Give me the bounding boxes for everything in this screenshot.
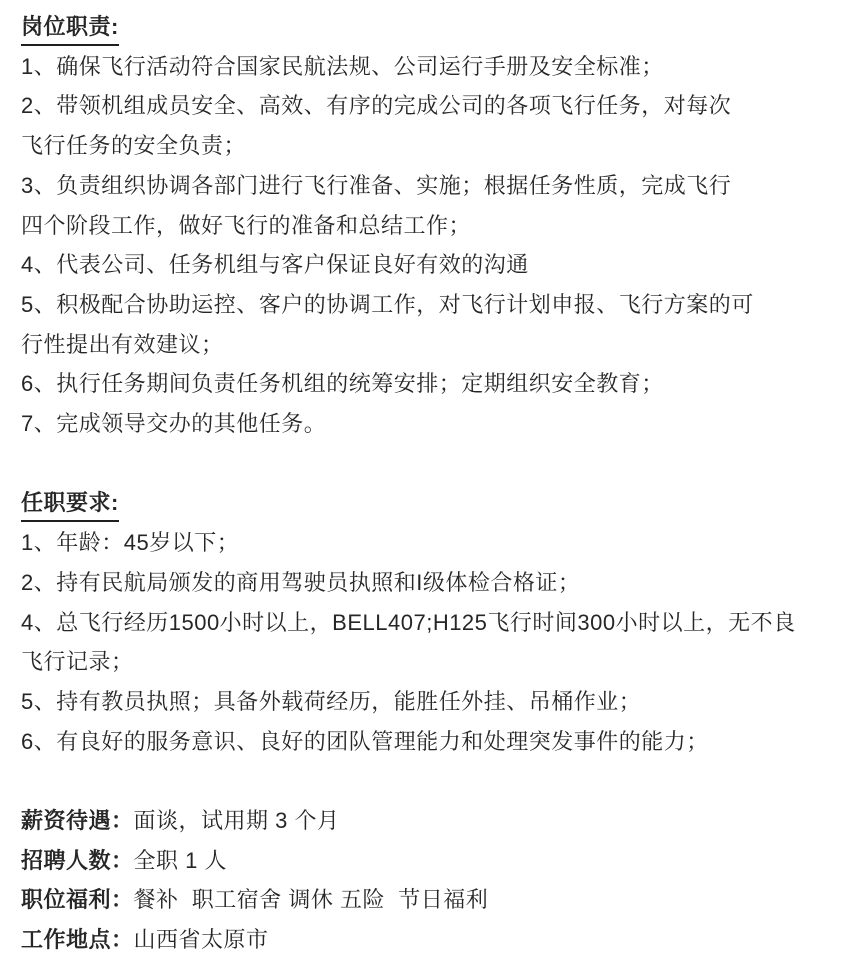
text-line: 4、代表公司、任务机组与客户保证良好有效的沟通: [21, 245, 823, 285]
section-heading: 任职要求:: [21, 483, 823, 523]
text-line: 5、积极配合协助运控、客户的协调工作，对飞行计划申报、飞行方案的可: [21, 285, 823, 325]
job-posting-document: 岗位职责: 1、确保飞行活动符合国家民航法规、公司运行手册及安全标准；2、带领机…: [0, 0, 863, 960]
text-line: 四个阶段工作，做好飞行的准备和总结工作；: [21, 206, 823, 246]
info-line: 职位福利：餐补 职工宿舍 调休 五险 节日福利: [21, 880, 823, 920]
section-heading: 岗位职责:: [21, 7, 823, 47]
text-line: 行性提出有效建议；: [21, 325, 823, 365]
text-line: 2、持有民航局颁发的商用驾驶员执照和I级体检合格证；: [21, 563, 823, 603]
info-label: 招聘人数：: [21, 848, 134, 873]
info-value: 面谈，试用期 3 个月: [134, 808, 340, 833]
section-job-responsibilities: 岗位职责: 1、确保飞行活动符合国家民航法规、公司运行手册及安全标准；2、带领机…: [21, 7, 823, 444]
text-line: 1、年龄：45岁以下；: [21, 523, 823, 563]
text-line: 4、总飞行经历1500小时以上，BELL407;H125飞行时间300小时以上，…: [21, 603, 823, 643]
info-value: 餐补 职工宿舍 调休 五险 节日福利: [134, 887, 489, 912]
section-heading-text: 岗位职责:: [21, 10, 119, 46]
text-line: 5、持有教员执照；具备外载荷经历，能胜任外挂、吊桶作业；: [21, 682, 823, 722]
info-value: 全职 1 人: [134, 848, 227, 873]
info-line: 工作地点：山西省太原市: [21, 920, 823, 960]
section-job-requirements: 任职要求: 1、年龄：45岁以下；2、持有民航局颁发的商用驾驶员执照和I级体检合…: [21, 483, 823, 761]
text-line: 3、负责组织协调各部门进行飞行准备、实施；根据任务性质，完成飞行: [21, 166, 823, 206]
section-job-info: 薪资待遇：面谈，试用期 3 个月招聘人数：全职 1 人职位福利：餐补 职工宿舍 …: [21, 801, 823, 960]
text-line: 1、确保飞行活动符合国家民航法规、公司运行手册及安全标准；: [21, 47, 823, 87]
section-heading-text: 任职要求:: [21, 486, 119, 522]
text-line: 飞行任务的安全负责；: [21, 126, 823, 166]
info-line: 招聘人数：全职 1 人: [21, 841, 823, 881]
info-value: 山西省太原市: [134, 927, 269, 952]
info-label: 薪资待遇：: [21, 808, 134, 833]
text-line: 6、执行任务期间负责任务机组的统筹安排；定期组织安全教育；: [21, 364, 823, 404]
info-line: 薪资待遇：面谈，试用期 3 个月: [21, 801, 823, 841]
text-line: 2、带领机组成员安全、高效、有序的完成公司的各项飞行任务，对每次: [21, 86, 823, 126]
text-line: 飞行记录；: [21, 642, 823, 682]
text-line: 7、完成领导交办的其他任务。: [21, 404, 823, 444]
info-label: 工作地点：: [21, 927, 134, 952]
info-label: 职位福利：: [21, 887, 134, 912]
text-line: 6、有良好的服务意识、良好的团队管理能力和处理突发事件的能力；: [21, 722, 823, 762]
